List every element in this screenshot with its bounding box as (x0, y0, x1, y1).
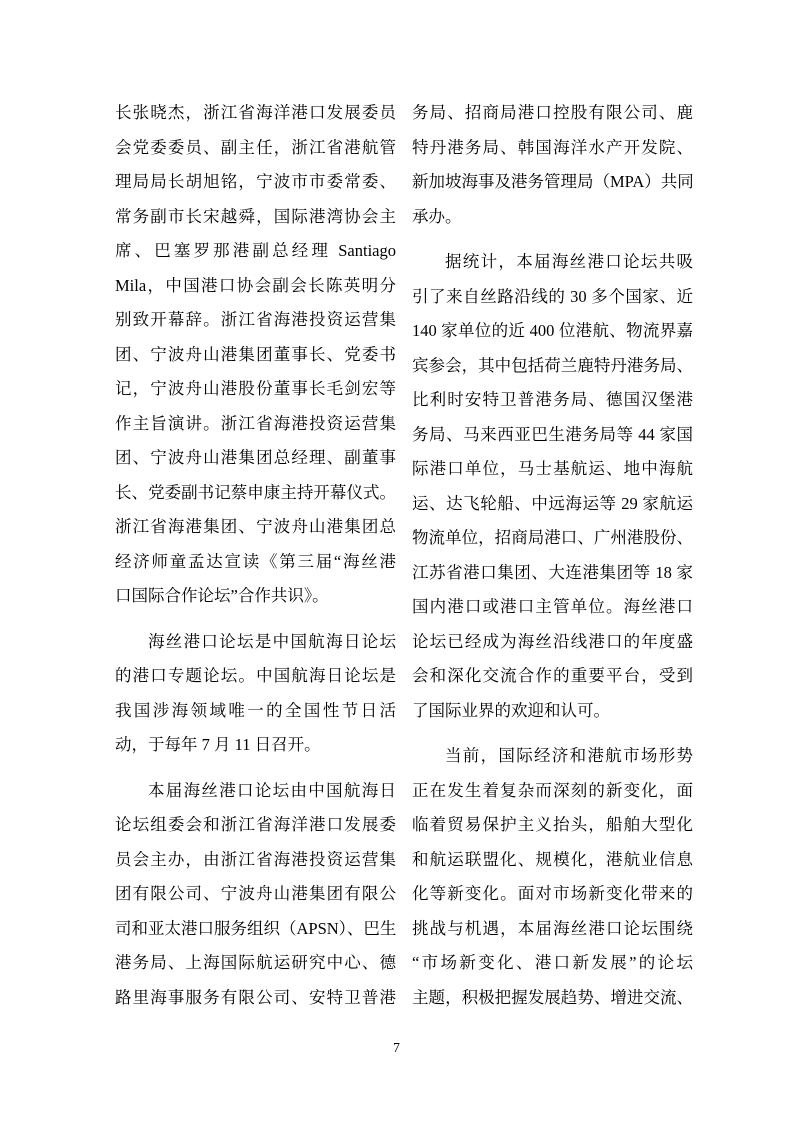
text-line: 比利时安特卫普港务局、德国汉堡港 (412, 383, 693, 418)
text-line: 我国涉海领域唯一的全国性节日活 (115, 694, 396, 729)
text-line: 浙江省海港集团、宁波舟山港集团总 (115, 510, 396, 545)
text-line: 和航运联盟化、规模化，港航业信息 (412, 843, 693, 878)
paragraph: 海丝港口论坛是中国航海日论坛的港口专题论坛。中国航海日论坛是我国涉海领域唯一的全… (115, 625, 396, 763)
text-line: 了国际业界的欢迎和认可。 (412, 694, 693, 729)
text-line: 引了来自丝路沿线的 30 多个国家、近 (412, 280, 693, 315)
text-line: 化等新变化。面对市场新变化带来的 (412, 877, 693, 912)
page-number: 7 (0, 1038, 793, 1058)
text-line: Mila，中国港口协会副会长陈英明分 (115, 269, 396, 304)
text-line: 理局局长胡旭铭，宁波市市委常委、 (115, 165, 396, 200)
text-line: 际港口单位，马士基航运、地中海航 (412, 452, 693, 487)
text-line: 正在发生着复杂而深刻的新变化，面 (412, 774, 693, 809)
text-line: 论坛组委会和浙江省海洋港口发展委 (115, 808, 396, 843)
text-line: 主题，积极把握发展趋势、增进交流、 (412, 981, 693, 1016)
document-page: 长张晓杰，浙江省海洋港口发展委员会党委委员、副主任，浙江省港航管理局局长胡旭铭，… (0, 0, 793, 1123)
text-line: 临着贸易保护主义抬头，船舶大型化 (412, 808, 693, 843)
text-line: 会党委委员、副主任，浙江省港航管 (115, 131, 396, 166)
text-line: 长、党委副书记蔡申康主持开幕仪式。 (115, 476, 396, 511)
paragraph: 据统计，本届海丝港口论坛共吸引了来自丝路沿线的 30 多个国家、近140 家单位… (412, 245, 693, 728)
text-line: 长张晓杰，浙江省海洋港口发展委员 (115, 96, 396, 131)
text-line: 本届海丝港口论坛由中国航海日 (115, 774, 396, 809)
text-line: 国内港口或港口主管单位。海丝港口 (412, 590, 693, 625)
paragraph: 长张晓杰，浙江省海洋港口发展委员会党委委员、副主任，浙江省港航管理局局长胡旭铭，… (115, 96, 396, 614)
text-line: 记，宁波舟山港股份董事长毛剑宏等 (115, 372, 396, 407)
text-line: 港务局、上海国际航运研究中心、德 (115, 946, 396, 981)
paragraph: 本届海丝港口论坛由中国航海日论坛组委会和浙江省海洋港口发展委员会主办，由浙江省海… (115, 774, 396, 1016)
text-line: 路里海事服务有限公司、安特卫普港 (115, 981, 396, 1016)
text-line: 海丝港口论坛是中国航海日论坛 (115, 625, 396, 660)
text-line: 常务副市长宋越舜，国际港湾协会主 (115, 200, 396, 235)
text-line: 经济师童孟达宣读《第三届“海丝港 (115, 545, 396, 580)
text-line: 席、巴塞罗那港副总经理 Santiago (115, 234, 396, 269)
text-line: 团、宁波舟山港集团董事长、党委书 (115, 338, 396, 373)
paragraph: 务局、招商局港口控股有限公司、鹿特丹港务局、韩国海洋水产开发院、新加坡海事及港务… (412, 96, 693, 234)
text-line: 当前，国际经济和港航市场形势 (412, 739, 693, 774)
text-line: 别致开幕辞。浙江省海港投资运营集 (115, 303, 396, 338)
text-line: 运、达飞轮船、中远海运等 29 家航运 (412, 487, 693, 522)
text-line: 动，于每年 7 月 11 日召开。 (115, 728, 396, 763)
paragraph: 当前，国际经济和港航市场形势正在发生着复杂而深刻的新变化，面临着贸易保护主义抬头… (412, 739, 693, 1015)
text-line: 员会主办，由浙江省海港投资运营集 (115, 843, 396, 878)
text-line: 司和亚太港口服务组织（APSN）、巴生 (115, 912, 396, 947)
text-column-right: 务局、招商局港口控股有限公司、鹿特丹港务局、韩国海洋水产开发院、新加坡海事及港务… (412, 96, 693, 1015)
text-line: 新加坡海事及港务管理局（MPA）共同 (412, 165, 693, 200)
text-line: 特丹港务局、韩国海洋水产开发院、 (412, 131, 693, 166)
text-line: 团、宁波舟山港集团总经理、副董事 (115, 441, 396, 476)
text-column-left: 长张晓杰，浙江省海洋港口发展委员会党委委员、副主任，浙江省港航管理局局长胡旭铭，… (115, 96, 396, 1015)
text-line: 物流单位，招商局港口、广州港股份、 (412, 521, 693, 556)
text-line: 承办。 (412, 200, 693, 235)
text-line: 的港口专题论坛。中国航海日论坛是 (115, 659, 396, 694)
text-line: 140 家单位的近 400 位港航、物流界嘉 (412, 314, 693, 349)
text-line: 会和深化交流合作的重要平台，受到 (412, 659, 693, 694)
text-line: 宾参会，其中包括荷兰鹿特丹港务局、 (412, 349, 693, 384)
text-line: 论坛已经成为海丝沿线港口的年度盛 (412, 625, 693, 660)
text-line: 据统计，本届海丝港口论坛共吸 (412, 245, 693, 280)
text-line: “市场新变化、港口新发展”的论坛 (412, 946, 693, 981)
text-line: 团有限公司、宁波舟山港集团有限公 (115, 877, 396, 912)
text-line: 务局、招商局港口控股有限公司、鹿 (412, 96, 693, 131)
text-line: 口国际合作论坛”合作共识》。 (115, 579, 396, 614)
text-line: 作主旨演讲。浙江省海港投资运营集 (115, 407, 396, 442)
text-line: 江苏省港口集团、大连港集团等 18 家 (412, 556, 693, 591)
text-line: 务局、马来西亚巴生港务局等 44 家国 (412, 418, 693, 453)
text-line: 挑战与机遇，本届海丝港口论坛围绕 (412, 912, 693, 947)
